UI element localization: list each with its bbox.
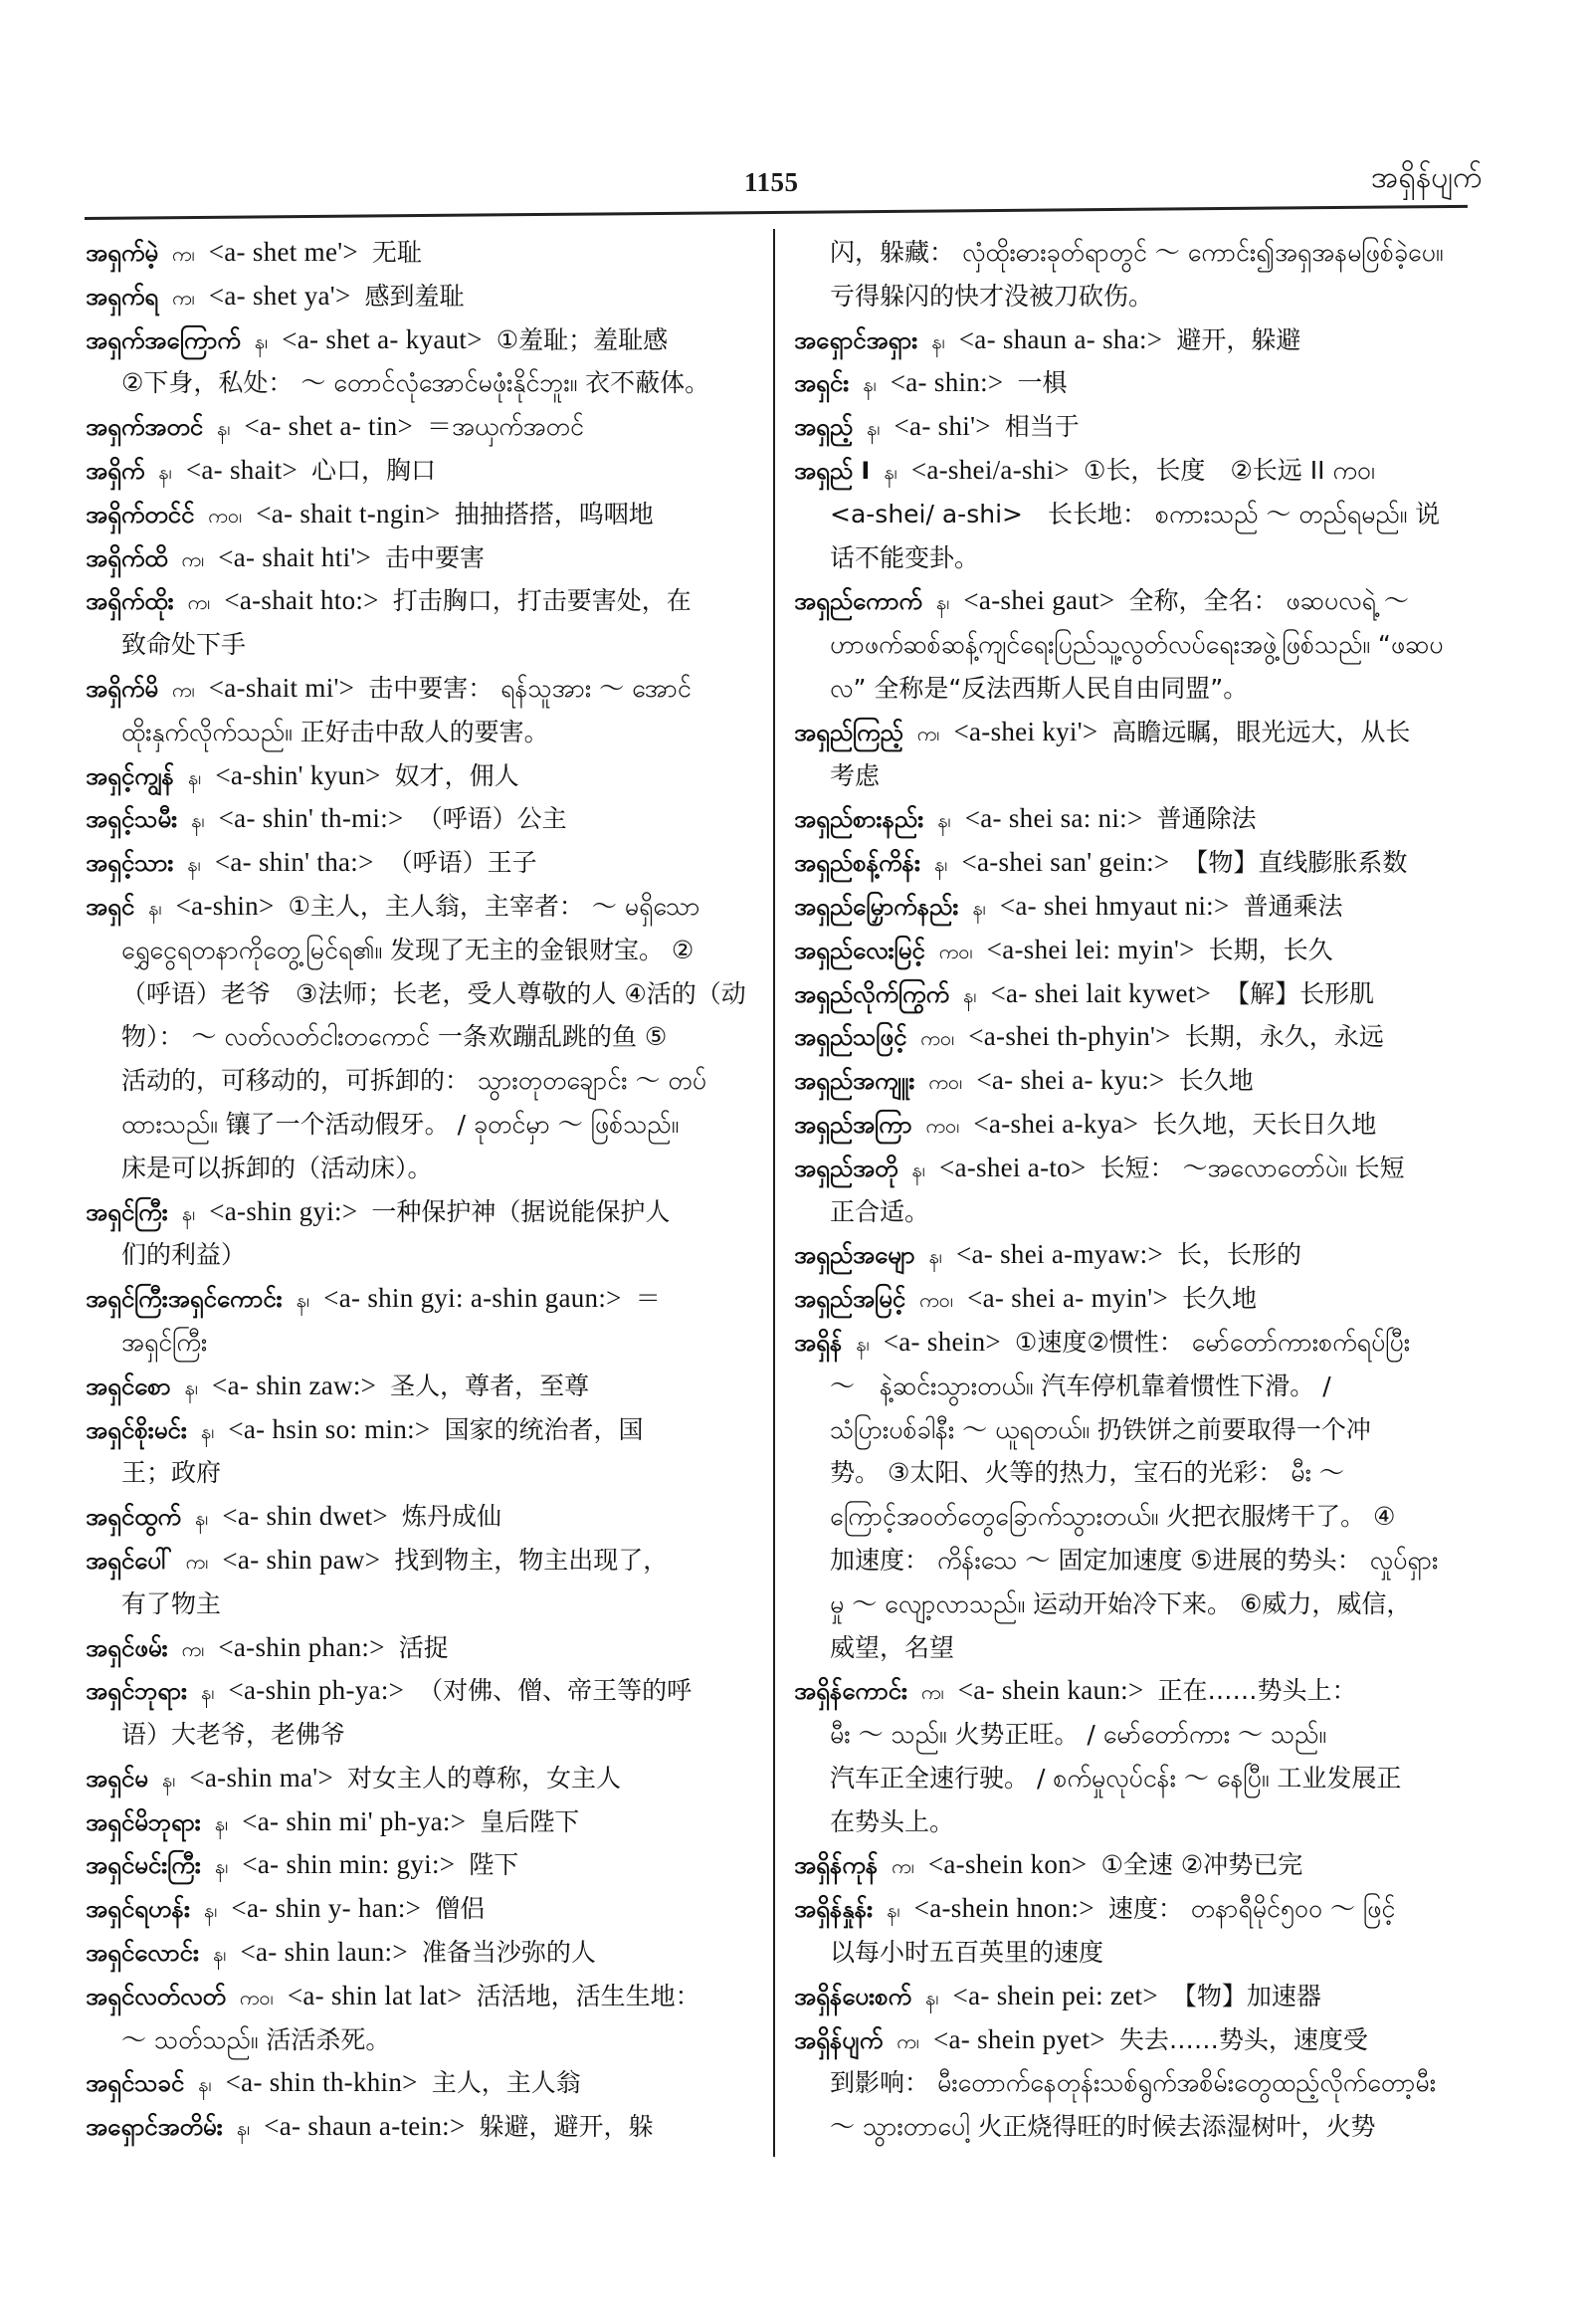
entry-continuation: 亏得躲闪的快才没被刀砍伤。	[794, 275, 1483, 318]
dictionary-entry: အရှင်ထွက်န၊<a- shin dwet>炼丹成仙	[86, 1495, 754, 1539]
definition: 活活地，活生生地：	[477, 1982, 700, 2010]
dictionary-entry: အရှင်လောင်းန၊<a- shin laun:>准备当沙弥的人	[86, 1931, 754, 1975]
entry-headword: အရှိက်ထိ	[86, 544, 168, 572]
dictionary-entry: အရှိန်နှုန်းန၊<a-shein hnon:>速度： တနာရီမိ…	[794, 1887, 1483, 1931]
definition: 长久地	[1179, 1066, 1254, 1095]
definition: 主人，主人翁	[432, 2068, 581, 2097]
definition: ①全速 ②冲势已完	[1100, 1850, 1302, 1879]
entry-headword: အရှိန်ပျက်	[794, 2026, 883, 2054]
definition: 击中要害： ရန်သူအား ～ အောင်	[368, 674, 692, 703]
definition: 长，长形的	[1177, 1240, 1301, 1269]
definition: 高瞻远瞩，眼光远大，从长	[1111, 718, 1410, 746]
definition: 抽抽搭搭，呜咽地	[455, 500, 654, 528]
definition-continuation: （呼语）老爷 ③法师；长老，受人尊敬的人 ④活的（动	[121, 979, 746, 1008]
definition: ＝	[636, 1284, 661, 1313]
definition: 长期，长久	[1209, 936, 1333, 964]
definition-continuation: 致命处下手	[121, 630, 246, 659]
entry-headword: အရှည်အကျူး	[794, 1067, 914, 1095]
part-of-speech: န၊	[191, 808, 205, 832]
dictionary-entry: အရှိန်ပေးစက်န၊<a- shein pei: zet>【物】加速器	[794, 1975, 1483, 2018]
part-of-speech: န၊	[148, 896, 162, 920]
entry-headword: အရှည်စန့်ကိန်း	[794, 849, 920, 877]
pronunciation: <a-shei gaut>	[963, 585, 1114, 615]
part-of-speech: န၊	[213, 1942, 227, 1966]
part-of-speech: န၊	[188, 765, 202, 789]
pronunciation: <a- shait t-ngin>	[256, 499, 441, 528]
right-column: 闪，躲藏： လှံထိုးဓားခုတ်ရာတွင် ～ ကောင်း၍အရှအ…	[794, 231, 1483, 2149]
pronunciation: <a- shein pei: zet>	[953, 1981, 1158, 2010]
definition: （呼语）公主	[418, 804, 567, 833]
entry-continuation: 到影响： မီးတောက်နေတုန်းသစ်ရွက်အစိမ်းတွေထည့်…	[794, 2061, 1483, 2105]
part-of-speech: က၊	[892, 1854, 914, 1878]
entry-headword: အရှည် I	[794, 457, 870, 485]
pronunciation: <a- shein kaun:>	[958, 1675, 1144, 1705]
entry-continuation: 致命处下手	[86, 623, 754, 667]
pronunciation: <a- shei hmyaut ni:>	[1000, 891, 1230, 921]
entry-headword: အရှည်စားနည်း	[794, 805, 923, 833]
entry-continuation: 威望，名望	[794, 1626, 1483, 1670]
definition-continuation: ～ သွားတာပေါ့ 火正烧得旺的时候去添湿树叶，火势	[830, 2112, 1375, 2141]
dictionary-entry: အရှည်လေးမြင့်ကဝ၊<a-shei lei: myin'>长期，长久	[794, 929, 1483, 972]
dictionary-entry: အရှက်ရက၊<a- shet ya'>感到羞耻	[86, 275, 754, 318]
pronunciation: <a- shei sa: ni:>	[965, 803, 1143, 833]
dictionary-entry: အရှိက်န၊<a- shait>心口，胸口	[86, 449, 754, 493]
part-of-speech: န၊	[237, 2116, 251, 2140]
part-of-speech: န၊	[937, 808, 951, 832]
entry-headword: အရှက်ရ	[86, 283, 158, 311]
dictionary-entry: အရှောင်အရှားန၊<a- shaun a- sha:>避开，躲避	[794, 318, 1483, 362]
part-of-speech: န၊	[925, 1986, 939, 2009]
entry-headword: အရှိက်	[86, 457, 144, 485]
pronunciation: <a- shait hti'>	[218, 542, 371, 572]
dictionary-entry: အရှင်မင်းကြီးန၊<a- shin min: gyi:>陛下	[86, 1843, 754, 1887]
part-of-speech: က၊	[921, 1680, 944, 1704]
dictionary-entry: အရှိက်ထိက၊<a- shait hti'>击中要害	[86, 536, 754, 580]
entry-continuation: 王；政府	[86, 1451, 754, 1495]
definition: 对女主人的尊称，女主人	[347, 1764, 621, 1793]
entry-headword: အရှင်မင်းကြီး	[86, 1851, 201, 1879]
pronunciation: <a- shin min: gyi:>	[242, 1849, 455, 1879]
definition-continuation: 床是可以拆卸的（活动床）。	[121, 1154, 433, 1182]
entry-headword: အရှိန်ပေးစက်	[794, 1983, 911, 2010]
entry-continuation: 加速度： ကိန်းသေ ～ 固定加速度 ⑤进展的势头： လှုပ်ရှား	[794, 1539, 1483, 1583]
entry-continuation: ～ သတ်သည်။ 活活杀死。	[86, 2018, 754, 2062]
entry-continuation: အရှင်ကြီး	[86, 1321, 754, 1365]
entry-continuation: ～ သွားတာပေါ့ 火正烧得旺的时候去添湿树叶，火势	[794, 2105, 1483, 2149]
pronunciation: <a-shin gyi:>	[209, 1196, 357, 1226]
definition: 相当于	[1005, 412, 1080, 441]
entry-headword: အရှိက်ထိုး	[86, 587, 174, 615]
definition-continuation: ကြောင့်အဝတ်တွေခြောက်သွားတယ်။ 火把衣服烤干了。 ④	[830, 1502, 1395, 1531]
definition: 躲避，避开，躲	[480, 2112, 654, 2141]
definition: 全称，全名： ဖဆပလရဲ့ ～	[1128, 586, 1408, 615]
part-of-speech: ကဝ၊	[240, 1986, 274, 2009]
dictionary-entry: အရှည့်န၊<a- shi'>相当于	[794, 405, 1483, 449]
dictionary-entry: အရှင်းန၊<a- shin:>一椇	[794, 361, 1483, 405]
part-of-speech: က၊	[188, 590, 211, 614]
dictionary-entry: အရှည်စားနည်းန၊<a- shei sa: ni:>普通除法	[794, 797, 1483, 841]
dictionary-entry: အရှင်ဖမ်းက၊<a-shin phan:>活捉	[86, 1626, 754, 1670]
entry-continuation: မီး ～ သည်။ 火势正旺。 / မော်တော်ကား ～ သည်။	[794, 1713, 1483, 1757]
definition-continuation: 威望，名望	[830, 1633, 954, 1662]
entry-headword: အရှည်အမြင့်	[794, 1285, 905, 1313]
definition-continuation: အရှင်ကြီး	[121, 1328, 207, 1357]
page-number: 1155	[744, 167, 799, 198]
entry-continuation: 正合适。	[794, 1190, 1483, 1234]
pronunciation: <a- shin' th-mi:>	[219, 803, 404, 833]
part-of-speech: န၊	[856, 1332, 870, 1356]
entry-headword: အရှင်စိုးမင်း	[86, 1416, 187, 1444]
definition: 【物】加速器	[1172, 1982, 1321, 2010]
pronunciation: <a- shin zaw:>	[212, 1371, 376, 1400]
dictionary-entry: အရှည်အမြင့်ကဝ၊<a- shei a- myin'>长久地	[794, 1277, 1483, 1321]
part-of-speech: န၊	[185, 1375, 199, 1399]
pronunciation: <a- shait>	[186, 455, 298, 485]
definition: （呼语）王子	[388, 848, 537, 877]
pronunciation: <a- shin lat lat>	[288, 1981, 463, 2010]
pronunciation: <a- shei a-myaw:>	[956, 1239, 1163, 1269]
pronunciation: <a-shait hto:>	[224, 585, 378, 615]
entry-continuation: 势。 ③太阳、火等的热力，宝石的光彩： မီး ～	[794, 1451, 1483, 1495]
entry-continuation: <a-shei/ a-shi> 长长地： စကားသည် ～ တည်ရမည်။ …	[794, 493, 1483, 536]
definition-continuation: 有了物主	[121, 1589, 221, 1618]
entry-continuation: မှု ～ လျော့လာသည်။ 运动开始冷下来。 ⑥威力，威信，	[794, 1583, 1483, 1626]
entry-continuation: ကြောင့်အဝတ်တွေခြောက်သွားတယ်။ 火把衣服烤干了。 ④	[794, 1495, 1483, 1539]
entry-continuation: 语）大老爷，老佛爷	[86, 1713, 754, 1757]
entry-continuation: 话不能变卦。	[794, 536, 1483, 580]
entry-headword: အရှည်ကြည့်	[794, 719, 903, 746]
definition: ＝အယှက်အတင်	[427, 412, 584, 441]
entry-headword: အရှိန်နှုန်း	[794, 1895, 873, 1923]
dictionary-entry: အရှင်ဘုရားန၊<a-shin ph-ya:>（对佛、僧、帝王等的呼	[86, 1669, 754, 1713]
entry-continuation: 考虑	[794, 754, 1483, 798]
part-of-speech: က၊	[186, 1550, 209, 1574]
pronunciation: <a- shei a- myin'>	[967, 1283, 1168, 1313]
definition: 找到物主，物主出现了，	[394, 1546, 668, 1575]
definition-continuation: 以每小时五百英里的速度	[830, 1938, 1103, 1967]
pronunciation: <a-shei lei: myin'>	[987, 935, 1195, 964]
part-of-speech: န၊	[201, 1680, 215, 1704]
dictionary-entry: အရှင်ကြီးန၊<a-shin gyi:>一种保护神（据说能保护人	[86, 1190, 754, 1234]
entry-headword: အရှိန်	[794, 1329, 842, 1357]
entry-headword: အရှင်စော	[86, 1373, 171, 1400]
entry-continuation: ဟာဖက်ဆစ်ဆန့်ကျင်ရေးပြည်သူ့လွတ်လပ်ရေးအဖွဲ…	[794, 623, 1483, 667]
entry-headword: အရှင်ကြီးအရှင်ကောင်း	[86, 1285, 283, 1313]
dictionary-entry: အရှိက်ထိုးက၊<a-shait hto:>打击胸口，打击要害处，在	[86, 579, 754, 623]
pronunciation: <a- shein pyet>	[933, 2024, 1105, 2054]
dictionary-entry: အရှိန်ကုန်က၊<a-shein kon>①全速 ②冲势已完	[794, 1843, 1483, 1887]
pronunciation: <a-shein hnon:>	[914, 1893, 1094, 1923]
entry-headword: အရှိက်တင်င်	[86, 501, 194, 528]
pronunciation: <a-shin phan:>	[218, 1632, 384, 1662]
definition-continuation: ထိုးနှက်လိုက်သည်။ 正好击中敌人的要害。	[121, 718, 549, 746]
entry-headword: အရှင်ပေါ်	[86, 1547, 172, 1575]
definition: 【解】长形肌	[1225, 979, 1374, 1008]
dictionary-entry: အရှင်စောန၊<a- shin zaw:>圣人，尊者，至尊	[86, 1365, 754, 1408]
part-of-speech: န၊	[198, 2072, 212, 2096]
dictionary-entry: အရှည် Iန၊<a-shei/a-shi>①长，长度 ②长远 II ကဝ၊	[794, 449, 1483, 493]
pronunciation: <a-shei a-kya>	[973, 1109, 1138, 1139]
part-of-speech: န၊	[187, 852, 201, 876]
column-divider	[773, 229, 775, 2157]
definition-continuation: 正合适。	[830, 1197, 929, 1226]
pronunciation: <a- shei lait kywet>	[991, 978, 1212, 1008]
dictionary-entry: အရှိက်မိက၊<a-shait mi'>击中要害： ရန်သူအား ～ …	[86, 667, 754, 711]
part-of-speech: န၊	[934, 852, 948, 876]
dictionary-entry: အရှင်ကြီးအရှင်ကောင်းန၊<a- shin gyi: a-sh…	[86, 1277, 754, 1321]
dictionary-entry: အရှိန်ကောင်းက၊<a- shein kaun:>正在……势头上：	[794, 1669, 1483, 1713]
entry-headword: အရှင်သခင်	[86, 2069, 184, 2097]
part-of-speech: က၊	[182, 1637, 205, 1661]
part-of-speech: န၊	[884, 460, 897, 484]
definition-continuation: <a-shei/ a-shi> 长长地： စကားသည် ～ တည်ရမည်။ …	[830, 500, 1440, 528]
entry-headword: အရှင်လတ်လတ်	[86, 1983, 226, 2010]
part-of-speech: ကဝ၊	[919, 1288, 953, 1312]
entry-headword: အရှက်အကြောက်	[86, 326, 241, 354]
entry-continuation: 们的利益）	[86, 1233, 754, 1277]
part-of-speech: ကဝ၊	[920, 1026, 954, 1050]
entry-headword: အရှည်အကြာ	[794, 1111, 911, 1139]
entry-headword: အရှိန်ကုန်	[794, 1851, 878, 1879]
pronunciation: <a-shait mi'>	[209, 673, 354, 703]
pronunciation: <a-shin ph-ya:>	[229, 1675, 405, 1705]
pronunciation: <a- shin laun:>	[240, 1937, 407, 1967]
entry-headword: အရှိက်မိ	[86, 675, 158, 703]
entry-headword: အရှင်မိဘုရား	[86, 1808, 201, 1836]
entry-headword: အရှင်ကြီး	[86, 1198, 168, 1226]
dictionary-entry: အရှည်အကျူးကဝ၊<a- shei a- kyu:>长久地	[794, 1059, 1483, 1103]
definition-continuation: 闪，躲藏： လှံထိုးဓားခုတ်ရာတွင် ～ ကောင်း၍အရှအ…	[830, 238, 1443, 267]
pronunciation: <a- shet a- tin>	[245, 411, 413, 441]
part-of-speech: န၊	[195, 1506, 209, 1530]
entry-headword: အရှင်မ	[86, 1765, 148, 1793]
definition: 【物】直线膨胀系数	[1183, 848, 1407, 877]
definition: 避开，躲避	[1176, 325, 1300, 354]
entry-continuation: 物）： ～ လတ်လတ်ငါးတကောင် 一条欢蹦乱跳的鱼 ⑤	[86, 1015, 754, 1059]
pronunciation: <a- shaun a-tein:>	[264, 2111, 465, 2141]
pronunciation: <a- shein>	[884, 1327, 1001, 1357]
entry-continuation: 床是可以拆卸的（活动床）。	[86, 1147, 754, 1190]
definition: （对佛、僧、帝王等的呼	[418, 1676, 692, 1705]
definition-continuation: ～ နဲ့ဆင်းသွားတယ်။ 汽车停机靠着惯性下滑。 /	[830, 1372, 1331, 1400]
definition: 击中要害	[385, 543, 485, 572]
pronunciation: <a- shin' tha:>	[215, 847, 374, 877]
definition-continuation: မှု ～ လျော့လာသည်။ 运动开始冷下来。 ⑥威力，威信，	[830, 1589, 1411, 1618]
definition: 陛下	[469, 1850, 518, 1879]
definition: ①长，长度 ②长远 II ကဝ၊	[1084, 456, 1375, 485]
entry-continuation: 有了物主	[86, 1583, 754, 1626]
entry-headword: အရှင်လောင်း	[86, 1939, 199, 1967]
part-of-speech: ကဝ၊	[208, 504, 242, 528]
dictionary-entry: အရှင်စိုးမင်းန၊<a- hsin so: min:>国家的统治者，…	[86, 1408, 754, 1452]
entry-headword: အရှင်ထွက်	[86, 1503, 181, 1531]
definition: 感到羞耻	[364, 282, 464, 311]
definition-continuation: 加速度： ကိန်းသေ ～ 固定加速度 ⑤进展的势头： လှုပ်ရှား	[830, 1546, 1438, 1575]
entry-headword: အရှင်ရဟန်း	[86, 1895, 190, 1923]
part-of-speech: န၊	[887, 1898, 900, 1922]
part-of-speech: န၊	[217, 416, 231, 440]
part-of-speech: န၊	[255, 329, 269, 353]
entry-headword: အရှင်	[86, 893, 134, 921]
definition-continuation: 到影响： မီးတောက်နေတုန်းသစ်ရွက်အစိမ်းတွေထည့်…	[830, 2068, 1436, 2097]
pronunciation: <a-shein kon>	[928, 1849, 1088, 1879]
dictionary-entry: အရှည်အတိုန၊<a-shei a-to>长短： ～အလောတော်ပဲ။…	[794, 1147, 1483, 1190]
dictionary-entry: အရှည်သဖြင့်ကဝ၊<a-shei th-phyin'>长期，永久，永远	[794, 1015, 1483, 1059]
definition: 活捉	[399, 1633, 449, 1662]
pronunciation: <a-shin>	[176, 891, 275, 921]
entry-headword: အရှည်လိုက်ကြွက်	[794, 980, 949, 1008]
pronunciation: <a-shei/a-shi>	[911, 455, 1070, 485]
part-of-speech: က၊	[896, 2029, 919, 2053]
definition: 长久地，天长日久地	[1152, 1110, 1376, 1139]
pronunciation: <a-shin' kyun>	[215, 760, 380, 790]
entry-headword: အရှောင်အတိမ်း	[86, 2113, 223, 2141]
dictionary-entry: အရှည်လိုက်ကြွက်န၊<a- shei lait kywet>【解】…	[794, 972, 1483, 1016]
dictionary-entry: အရှင်မိဘုရားန၊<a- shin mi' ph-ya:>皇后陛下	[86, 1800, 754, 1844]
entry-headword: အရှည်လေးမြင့်	[794, 937, 925, 964]
definition: 长久地	[1182, 1284, 1257, 1313]
definition-continuation: 考虑	[830, 761, 880, 790]
part-of-speech: န၊	[162, 1768, 176, 1792]
pronunciation: <a- shet me'>	[209, 237, 358, 267]
definition: 僧侣	[435, 1894, 485, 1923]
definition-continuation: 王；政府	[121, 1458, 221, 1487]
pronunciation: <a- shin:>	[891, 367, 1004, 397]
entry-continuation: ထားသည်။ 镶了一个活动假牙。 / ခုတင်မှာ ～ ဖြစ်သည်။	[86, 1103, 754, 1147]
dictionary-entry: အရှက်မဲ့က၊<a- shet me'>无耻	[86, 231, 754, 275]
entry-headword: အရှည်သဖြင့်	[794, 1023, 906, 1051]
definition-continuation: 在势头上。	[830, 1807, 954, 1836]
entry-headword: အရှက်မဲ့	[86, 239, 158, 267]
entry-continuation: （呼语）老爷 ③法师；长老，受人尊敬的人 ④活的（动	[86, 972, 754, 1016]
definition-continuation: 语）大老爷，老佛爷	[121, 1720, 345, 1749]
part-of-speech: က၊	[917, 722, 940, 745]
part-of-speech: က၊	[172, 242, 195, 266]
part-of-speech: န၊	[182, 1201, 196, 1225]
definition: 圣人，尊者，至尊	[390, 1372, 589, 1400]
part-of-speech: န၊	[201, 1419, 215, 1443]
part-of-speech: န၊	[863, 372, 877, 396]
definition: 一椇	[1017, 368, 1067, 397]
dictionary-entry: အရှည်အကြာကဝ၊<a-shei a-kya>长久地，天长日久地	[794, 1103, 1483, 1147]
entry-headword: အရှင့်သား	[86, 849, 173, 877]
pronunciation: <a- shin paw>	[222, 1545, 380, 1575]
pronunciation: <a- shin gyi: a-shin gaun:>	[323, 1283, 622, 1313]
definition: ①羞耻；羞耻感	[497, 325, 668, 354]
dictionary-entry: အရှင့်သမီးန၊<a- shin' th-mi:>（呼语）公主	[86, 797, 754, 841]
part-of-speech: န၊	[972, 896, 986, 920]
definition: 一种保护神（据说能保护人	[371, 1197, 670, 1226]
entry-headword: အရှည့်	[794, 413, 853, 441]
dictionary-entry: အရှင်ပေါ်က၊<a- shin paw>找到物主，物主出现了，	[86, 1539, 754, 1583]
definition-continuation: 势。 ③太阳、火等的热力，宝石的光彩： မီး ～	[830, 1458, 1344, 1487]
entry-headword: အရှည်အမျော	[794, 1241, 914, 1269]
definition-continuation: လ” 全称是“反法西斯人民自由同盟”。	[830, 674, 1248, 703]
dictionary-entry: အရှင်မန၊<a-shin ma'>对女主人的尊称，女主人	[86, 1757, 754, 1800]
pronunciation: <a- shin mi' ph-ya:>	[242, 1806, 466, 1836]
dictionary-entry: အရှက်အတင်န၊<a- shet a- tin>＝အယှက်အတင်	[86, 405, 754, 449]
part-of-speech: က၊	[182, 547, 205, 571]
definition-continuation: ②下身，私处： ～ တောင်လုံအောင်မဖုံးနိုင်ဘူး။ 衣不…	[121, 368, 709, 397]
entry-headword: အရှည်ကောက်	[794, 587, 922, 615]
dictionary-entry: အရှင်ရဟန်းန၊<a- shin y- han:>僧侣	[86, 1887, 754, 1931]
part-of-speech: က၊	[172, 286, 195, 310]
pronunciation: <a-shei th-phyin'>	[968, 1021, 1170, 1051]
pronunciation: <a- shet ya'>	[209, 281, 351, 311]
definition-continuation: သံပြားပစ်ခါနီး ～ ယူရတယ်။ 扔铁饼之前要取得一个冲	[830, 1415, 1371, 1444]
dictionary-entry: အရှိန်န၊<a- shein>①速度②惯性： မော်တော်ကားစက်…	[794, 1321, 1483, 1365]
part-of-speech: န၊	[911, 1158, 925, 1181]
dictionary-entry: အရှင်န၊<a-shin>①主人，主人翁，主宰者： ～ မရှိသော	[86, 885, 754, 929]
pronunciation: <a- shei a- kyu:>	[976, 1065, 1164, 1095]
pronunciation: <a- shin th-khin>	[226, 2067, 418, 2097]
definition: 长短： ～အလောတော်ပဲ။ 长短	[1100, 1154, 1405, 1182]
definition-continuation: 汽车正全速行驶。 / စက်မှုလုပ်ငန်း ～ နေပြီ။ 工业发展正	[830, 1764, 1401, 1793]
entry-headword: အရှင်ဖမ်း	[86, 1634, 168, 1662]
entry-continuation: သံပြားပစ်ခါနီး ～ ယူရတယ်။ 扔铁饼之前要取得一个冲	[794, 1408, 1483, 1452]
pronunciation: <a-shei a-to>	[939, 1153, 1087, 1182]
entry-headword: အရှည်မြှောက်နည်း	[794, 893, 958, 921]
pronunciation: <a- shaun a- sha:>	[959, 324, 1163, 354]
pronunciation: <a-shei kyi'>	[953, 717, 1097, 746]
definition-continuation: 物）： ～ လတ်လတ်ငါးတကောင် 一条欢蹦乱跳的鱼 ⑤	[121, 1022, 667, 1051]
running-head: အရှိန်ပျက်	[1371, 157, 1483, 202]
part-of-speech: န၊	[936, 590, 950, 614]
entry-headword: အရှက်အတင်	[86, 413, 203, 441]
definition: 国家的统治者，国	[444, 1415, 643, 1444]
entry-continuation: 汽车正全速行驶。 / စက်မှုလုပ်ငန်း ～ နေပြီ။ 工业发展正	[794, 1757, 1483, 1800]
definition-continuation: 活动的，可移动的，可拆卸的： သွားတုတချောင်း ～ တပ်	[121, 1066, 706, 1095]
definition-continuation: ဟာဖက်ဆစ်ဆန့်ကျင်ရေးပြည်သူ့လွတ်လပ်ရေးအဖွဲ…	[830, 630, 1444, 659]
definition-continuation: ～ သတ်သည်။ 活活杀死。	[121, 2025, 390, 2054]
entry-headword: အရှင့်ကျွန်	[86, 762, 174, 790]
pronunciation: <a- hsin so: min:>	[228, 1414, 430, 1444]
dictionary-entry: အရှင့်သားန၊<a- shin' tha:>（呼语）王子	[86, 841, 754, 885]
definition: 奴才，佣人	[395, 761, 519, 790]
definition: 打击胸口，打击要害处，在	[393, 586, 692, 615]
entry-headword: အရှင့်သမီး	[86, 805, 177, 833]
definition: ①主人，主人翁，主宰者： ～ မရှိသော	[288, 892, 699, 921]
dictionary-entry: အရှင်လတ်လတ်ကဝ၊<a- shin lat lat>活活地，活生生地：	[86, 1975, 754, 2018]
part-of-speech: န၊	[928, 1244, 942, 1268]
dictionary-entry: အရှက်အကြောက်န၊<a- shet a- kyaut>①羞耻；羞耻感	[86, 318, 754, 362]
definition-continuation: မီး ～ သည်။ 火势正旺。 / မော်တော်ကား ～ သည်။	[830, 1720, 1326, 1749]
part-of-speech: န၊	[204, 1898, 218, 1922]
entry-continuation: လ” 全称是“反法西斯人民自由同盟”。	[794, 667, 1483, 711]
definition: 普通乘法	[1244, 892, 1343, 921]
dictionary-entry: အရှည်အမျောန၊<a- shei a-myaw:>长，长形的	[794, 1233, 1483, 1277]
definition: ①速度②惯性： မော်တော်ကားစက်ရပ်ပြီး	[1015, 1328, 1410, 1357]
entry-continuation: 闪，躲藏： လှံထိုးဓားခုတ်ရာတွင် ～ ကောင်း၍အရှအ…	[794, 231, 1483, 275]
pronunciation: <a- shet a- kyaut>	[282, 324, 483, 354]
definition-continuation: ရွှေငွေရတနာကိုတွေ့မြင်ရ၏။ 发现了无主的金银财宝。 ②	[121, 936, 694, 964]
pronunciation: <a-shin ma'>	[189, 1763, 333, 1793]
part-of-speech: န၊	[963, 983, 977, 1007]
definition: 失去……势头，速度受	[1119, 2025, 1368, 2054]
definition-continuation: 话不能变卦。	[830, 543, 979, 572]
dictionary-entry: အရှည်ကြည့်က၊<a-shei kyi'>高瞻远瞩，眼光远大，从长	[794, 711, 1483, 754]
definition: 正在……势头上：	[1157, 1676, 1356, 1705]
part-of-speech: ကဝ၊	[939, 940, 973, 963]
part-of-speech: န၊	[215, 1811, 229, 1835]
entry-continuation: 在势头上。	[794, 1800, 1483, 1844]
definition-continuation: 亏得躲闪的快才没被刀砍伤。	[830, 282, 1153, 311]
entry-headword: အရှင်ဘုရား	[86, 1677, 187, 1705]
left-column: အရှက်မဲ့က၊<a- shet me'>无耻အရှက်ရက၊<a- she…	[86, 231, 754, 2149]
entry-headword: အရှင်း	[794, 369, 849, 397]
part-of-speech: န၊	[158, 460, 172, 484]
definition: 普通除法	[1157, 804, 1257, 833]
